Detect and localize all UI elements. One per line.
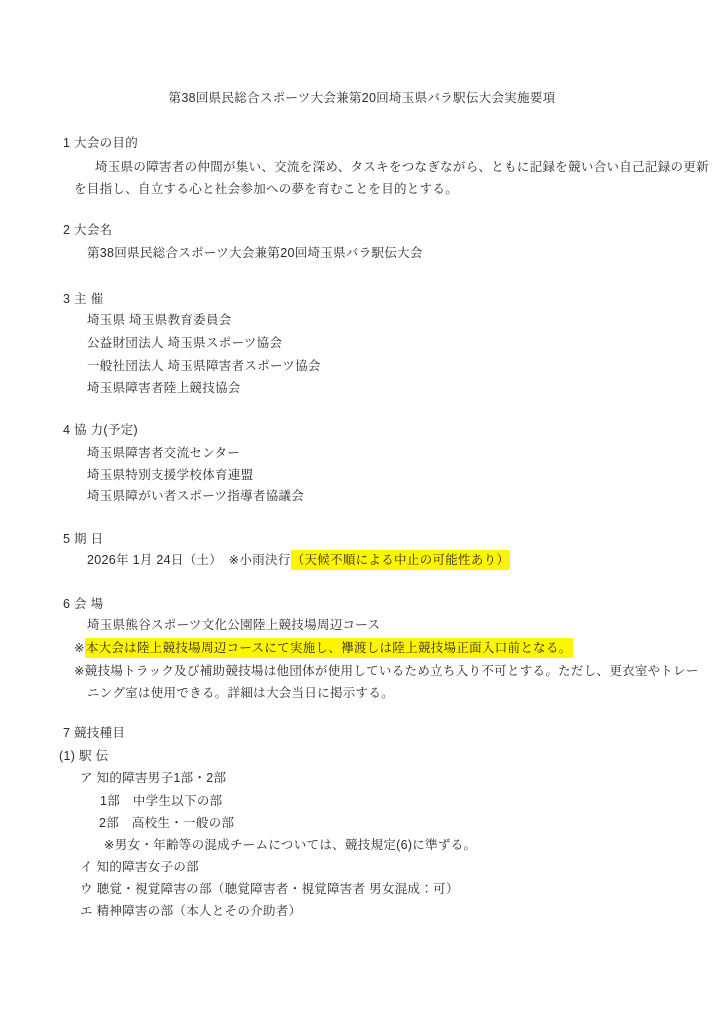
- section-3-organizer-item: 埼玉県障害者陸上競技協会: [87, 381, 241, 396]
- event-category-a-part-1: 1部 中学生以下の部: [100, 794, 222, 809]
- event-category-a: ア 知的障害男子1部・2部: [80, 771, 226, 786]
- event-category-u: ウ 聴覚・視覚障害の部（聴覚障害者・視覚障害者 男女混成：可）: [80, 882, 459, 897]
- weather-cancellation-highlight: （天候不順による中止の可能性あり）: [291, 550, 511, 570]
- event-category-e: エ 精神障害の部（本人とその介助者）: [80, 904, 301, 919]
- document-title: 第38回県民総合スポーツ大会兼第20回埼玉県バラ駅伝大会実施要項: [0, 91, 724, 106]
- note-asterisk-prefix: ※: [74, 641, 85, 655]
- document-page: 第38回県民総合スポーツ大会兼第20回埼玉県バラ駅伝大会実施要項 1 大会の目的…: [0, 0, 724, 1024]
- section-6-heading: 6 会 場: [63, 597, 103, 612]
- section-3-organizer-item: 埼玉県 埼玉県教育委員会: [87, 313, 232, 328]
- event-date-text: 2026年 1月 24日（土） ※小雨決行: [87, 553, 291, 567]
- section-2-event-name: 第38回県民総合スポーツ大会兼第20回埼玉県バラ駅伝大会: [87, 246, 423, 261]
- section-6-note-2-line-1: ※競技場トラック及び補助競技場は他団体が使用しているため立ち入り不可とする。ただ…: [74, 664, 699, 679]
- section-4-heading: 4 協 力(予定): [63, 423, 138, 438]
- section-3-organizer-item: 一般社団法人 埼玉県障害者スポーツ協会: [87, 359, 321, 374]
- section-3-organizer-item: 公益財団法人 埼玉県スポーツ協会: [87, 336, 282, 351]
- event-category-a-note: ※男女・年齢等の混成チームについては、競技規定(6)に準ずる。: [104, 838, 476, 853]
- section-4-cooperator-item: 埼玉県障害者交流センター: [87, 446, 240, 461]
- section-6-note-2-line-2: ニング室は使用できる。詳細は大会当日に掲示する。: [87, 686, 394, 701]
- section-7-heading: 7 競技種目: [63, 726, 125, 741]
- section-2-heading: 2 大会名: [63, 223, 112, 238]
- section-7-subsection-1-ekiden: (1) 駅 伝: [59, 749, 108, 764]
- section-6-venue: 埼玉県熊谷スポーツ文化公園陸上競技場周辺コース: [87, 618, 380, 633]
- section-5-heading: 5 期 日: [63, 532, 103, 547]
- section-4-cooperator-item: 埼玉県特別支援学校体育連盟: [87, 468, 253, 483]
- section-1-heading: 1 大会の目的: [63, 136, 138, 151]
- course-location-highlight: 本大会は陸上競技場周辺コースにて実施し、襷渡しは陸上競技場正面入口前となる。: [85, 638, 573, 658]
- section-1-paragraph-line-1: 埼玉県の障害者の仲間が集い、交流を深め、タスキをつなぎながら、ともに記録を競い合…: [95, 160, 709, 175]
- section-5-date-line: 2026年 1月 24日（土） ※小雨決行（天候不順による中止の可能性あり）: [87, 553, 510, 568]
- section-3-heading: 3 主 催: [63, 292, 103, 307]
- section-4-cooperator-item: 埼玉県障がい者スポーツ指導者協議会: [87, 489, 304, 504]
- section-1-paragraph-line-2: を目指し、自立する心と社会参加への夢を育むことを目的とする。: [74, 182, 458, 197]
- event-category-i: イ 知的障害女子の部: [80, 860, 199, 875]
- event-category-a-part-2: 2部 高校生・一般の部: [99, 816, 234, 831]
- section-6-note-1: ※本大会は陸上競技場周辺コースにて実施し、襷渡しは陸上競技場正面入口前となる。: [74, 641, 573, 656]
